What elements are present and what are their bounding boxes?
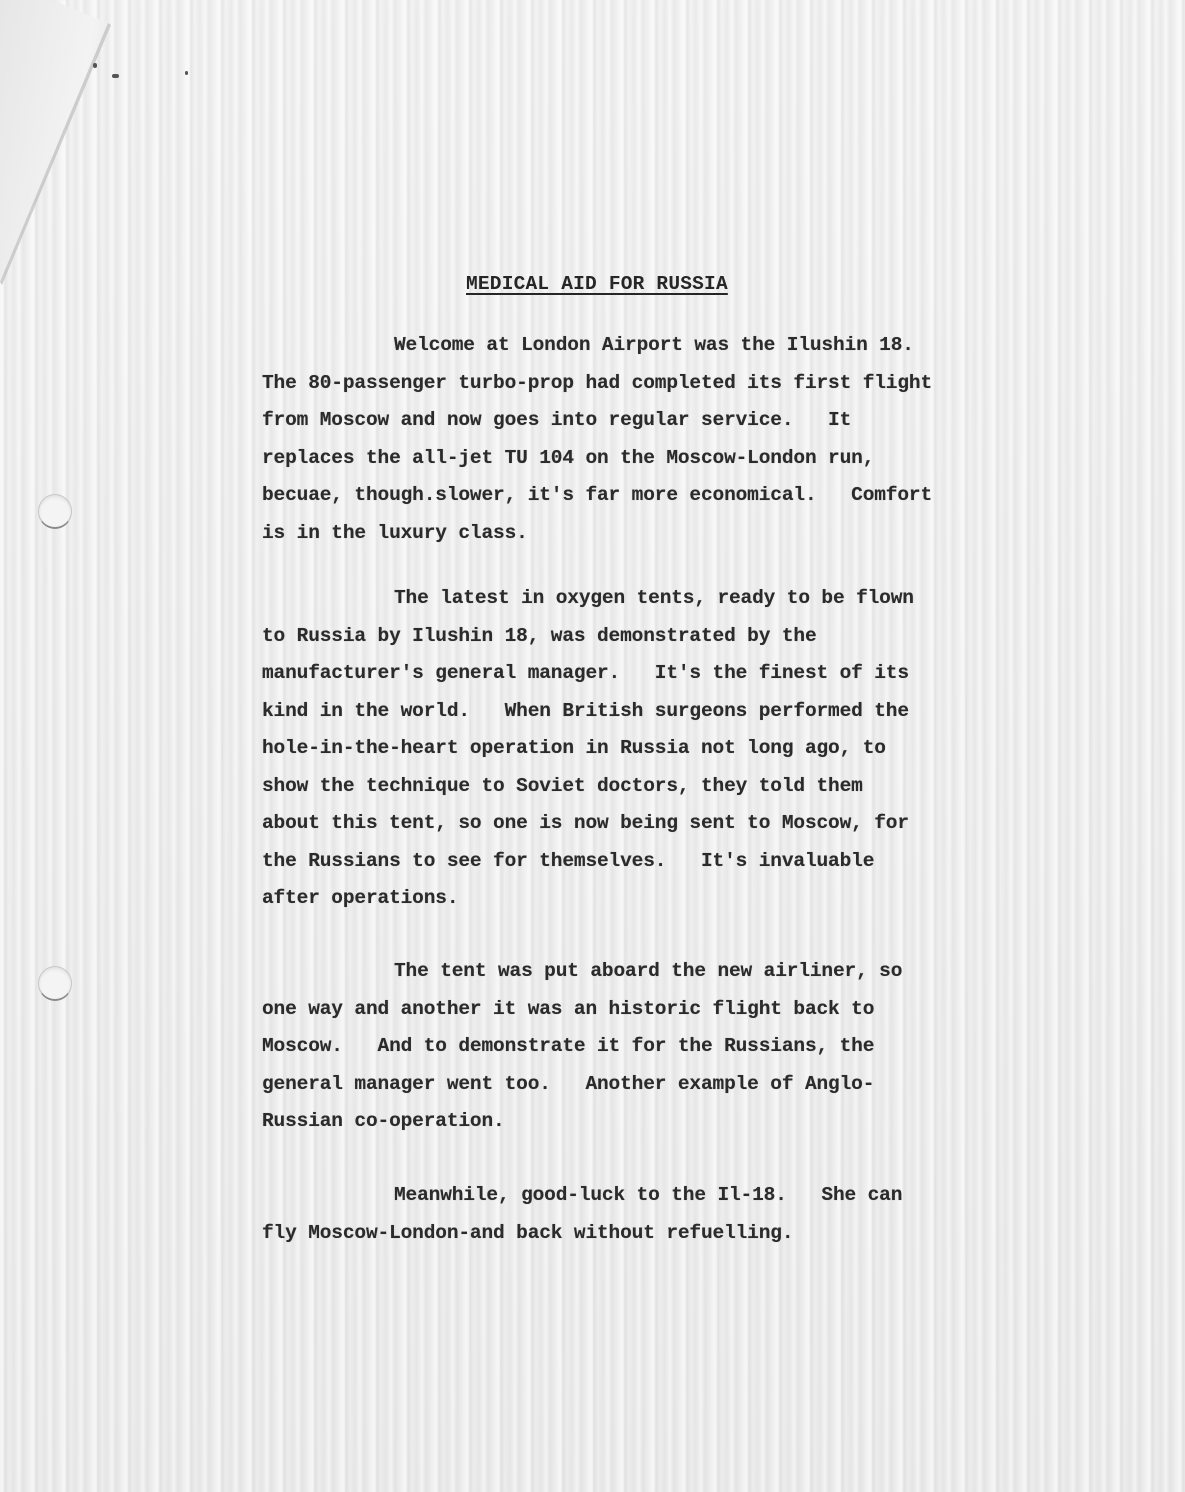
text-line: the Russians to see for themselves. It's…: [262, 843, 1022, 881]
text-line: fly Moscow-London-and back without refue…: [262, 1215, 1022, 1253]
text-line: hole-in-the-heart operation in Russia no…: [262, 730, 1022, 768]
text-line: show the technique to Soviet doctors, th…: [262, 768, 1022, 806]
binder-hole-bottom: [38, 966, 72, 1001]
text-line: becuae, though.slower, it's far more eco…: [262, 477, 1022, 515]
text-line: one way and another it was an historic f…: [262, 991, 1022, 1029]
text-line: Russian co-operation.: [262, 1103, 1022, 1141]
text-line: Meanwhile, good-luck to the Il-18. She c…: [262, 1177, 1022, 1215]
text-line: to Russia by Ilushin 18, was demonstrate…: [262, 618, 1022, 656]
ink-speck: [185, 71, 188, 75]
paragraph-1: Welcome at London Airport was the Ilushi…: [262, 327, 1022, 552]
text-line: Moscow. And to demonstrate it for the Ru…: [262, 1028, 1022, 1066]
text-line: from Moscow and now goes into regular se…: [262, 402, 1022, 440]
document-title: MEDICAL AID FOR RUSSIA: [466, 273, 728, 295]
paragraph-4: Meanwhile, good-luck to the Il-18. She c…: [262, 1177, 1022, 1252]
text-line: The 80-passenger turbo-prop had complete…: [262, 365, 1022, 403]
ink-speck: [93, 63, 97, 68]
text-line: kind in the world. When British surgeons…: [262, 693, 1022, 731]
text-line: manufacturer's general manager. It's the…: [262, 655, 1022, 693]
binder-hole-top: [38, 494, 72, 529]
paragraph-2: The latest in oxygen tents, ready to be …: [262, 580, 1022, 918]
text-line: after operations.: [262, 880, 1022, 918]
paragraph-3: The tent was put aboard the new airliner…: [262, 953, 1022, 1141]
text-line: general manager went too. Another exampl…: [262, 1066, 1022, 1104]
text-line: Welcome at London Airport was the Ilushi…: [262, 327, 1022, 365]
text-line: The tent was put aboard the new airliner…: [262, 953, 1022, 991]
text-line: about this tent, so one is now being sen…: [262, 805, 1022, 843]
text-line: is in the luxury class.: [262, 515, 1022, 553]
ink-speck: [112, 74, 119, 78]
text-line: The latest in oxygen tents, ready to be …: [262, 580, 1022, 618]
text-line: replaces the all-jet TU 104 on the Mosco…: [262, 440, 1022, 478]
